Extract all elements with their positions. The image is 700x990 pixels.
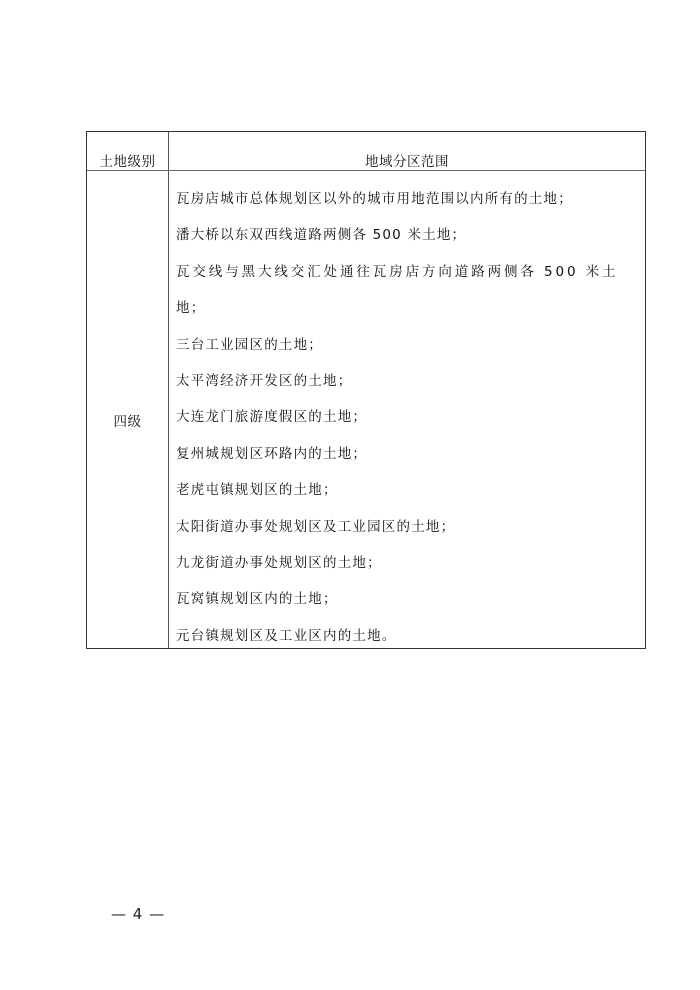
header-divider — [87, 170, 645, 171]
range-line: 潘大桥以东双西线道路两侧各 500 米土地； — [176, 217, 639, 253]
range-line: 太平湾经济开发区的土地； — [176, 363, 639, 399]
range-line: 瓦房店城市总体规划区以外的城市用地范围以内所有的土地； — [176, 181, 639, 217]
header-zoning-range: 地域分区范围 — [169, 150, 645, 170]
range-line: 三台工业园区的土地； — [176, 327, 639, 363]
range-line: 地； — [176, 290, 639, 326]
page-number: — 4 — — [111, 905, 165, 923]
range-line: 复州城规划区环路内的土地； — [176, 436, 639, 472]
header-land-level: 土地级别 — [87, 150, 168, 170]
zoning-range-list: 瓦房店城市总体规划区以外的城市用地范围以内所有的土地； 潘大桥以东双西线道路两侧… — [176, 181, 639, 654]
land-zoning-table: 土地级别 地域分区范围 四级 瓦房店城市总体规划区以外的城市用地范围以内所有的土… — [86, 131, 646, 649]
range-line: 元台镇规划区及工业区内的土地。 — [176, 618, 639, 654]
land-level-cell: 四级 — [87, 410, 168, 430]
range-line: 老虎屯镇规划区的土地； — [176, 472, 639, 508]
range-line: 瓦窝镇规划区内的土地； — [176, 581, 639, 617]
range-line: 九龙街道办事处规划区的土地； — [176, 545, 639, 581]
column-divider — [168, 132, 169, 648]
range-line: 瓦交线与黑大线交汇处通往瓦房店方向道路两侧各 500 米土 — [176, 254, 639, 290]
range-line: 太阳街道办事处规划区及工业园区的土地； — [176, 509, 639, 545]
range-line: 大连龙门旅游度假区的土地； — [176, 399, 639, 435]
